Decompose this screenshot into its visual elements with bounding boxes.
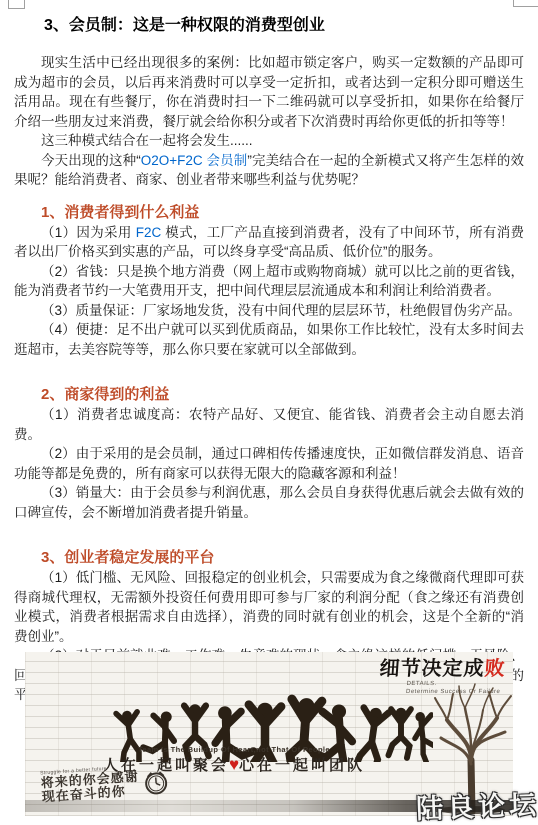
- intro-paragraph-1: 现实生活中已经出现很多的案例：比如超市锁定客户，购买一定数额的产品即可成为超市的…: [14, 53, 524, 131]
- section-heading-entrepreneur-platform: 3、创业者稳定发展的平台: [14, 548, 524, 568]
- heart-icon: ♥: [229, 755, 239, 774]
- section2-item-1: （1）消费者忠诚度高：农特产品好、又便宜、能省钱、消费者会主动自愿去消费。: [14, 405, 524, 444]
- poster-slogan-english: Team Is The Buildup Of Heart,not That Of…: [65, 745, 403, 754]
- document-page: 3、会员制：这是一种权限的消费型创业 现实生活中已经出现很多的案例：比如超市锁定…: [0, 0, 538, 825]
- page-corner-mark-left: [8, 0, 25, 9]
- section1-item1-text: （1）因为采用: [41, 225, 136, 240]
- intro-p3-text: 今天出现的这种“: [41, 153, 141, 168]
- intro-paragraph-3: 今天出现的这种“O2O+F2C 会员制”完美结合在一起的全新模式又将产生怎样的效…: [14, 151, 524, 190]
- section3-item-1: （1）低门槛、无风险、回报稳定的创业机会，只需要成为食之缘微商代理即可获得商城代…: [14, 568, 524, 646]
- forum-watermark: 陆良论坛: [415, 783, 538, 825]
- intro-paragraph-2: 这三种模式结合在一起将会发生......: [14, 131, 524, 151]
- section1-item-3: （3）质量保证：厂家场地发货，没有中间代理的层层环节，杜绝假冒伪劣产品。: [14, 301, 524, 321]
- section2-item-3: （3）销量大：由于会员参与利润优惠，那么会员自身获得优惠后就会去做有效的口碑宣传…: [14, 483, 524, 522]
- section-heading-merchant-benefits: 2、商家得到的利益: [14, 385, 524, 405]
- section-heading-consumer-benefits: 1、消费者得到什么利益: [14, 203, 524, 223]
- page-title: 3、会员制：这是一种权限的消费型创业: [14, 15, 524, 37]
- f2c-keyword: F2C: [136, 225, 162, 240]
- document-body: 3、会员制：这是一种权限的消费型创业 现实生活中已经出现很多的案例：比如超市锁定…: [0, 0, 538, 705]
- clock-icon: [142, 768, 170, 798]
- section1-item-2: （2）省钱：只是换个地方消费（网上超市或购物商城）就可以比之前的更省钱，能为消费…: [14, 262, 524, 301]
- slogan-right-text: 心在一起叫团队: [239, 757, 365, 774]
- page-corner-mark-right: [513, 0, 538, 7]
- section1-item-4: （4）便捷：足不出户就可以买到优质商品，如果你工作比较忙，没有太多时间去逛超市，…: [14, 320, 524, 359]
- o2o-f2c-keyword: O2O+F2C 会员制: [141, 153, 248, 168]
- section1-item-1: （1）因为采用 F2C 模式，工厂产品直接到消费者，没有了中间环节，所有消费者以…: [14, 223, 524, 262]
- section2-item-2: （2）由于采用的是会员制，通过口碑相传传播速度快，正如微信群发消息、语音功能等都…: [14, 444, 524, 483]
